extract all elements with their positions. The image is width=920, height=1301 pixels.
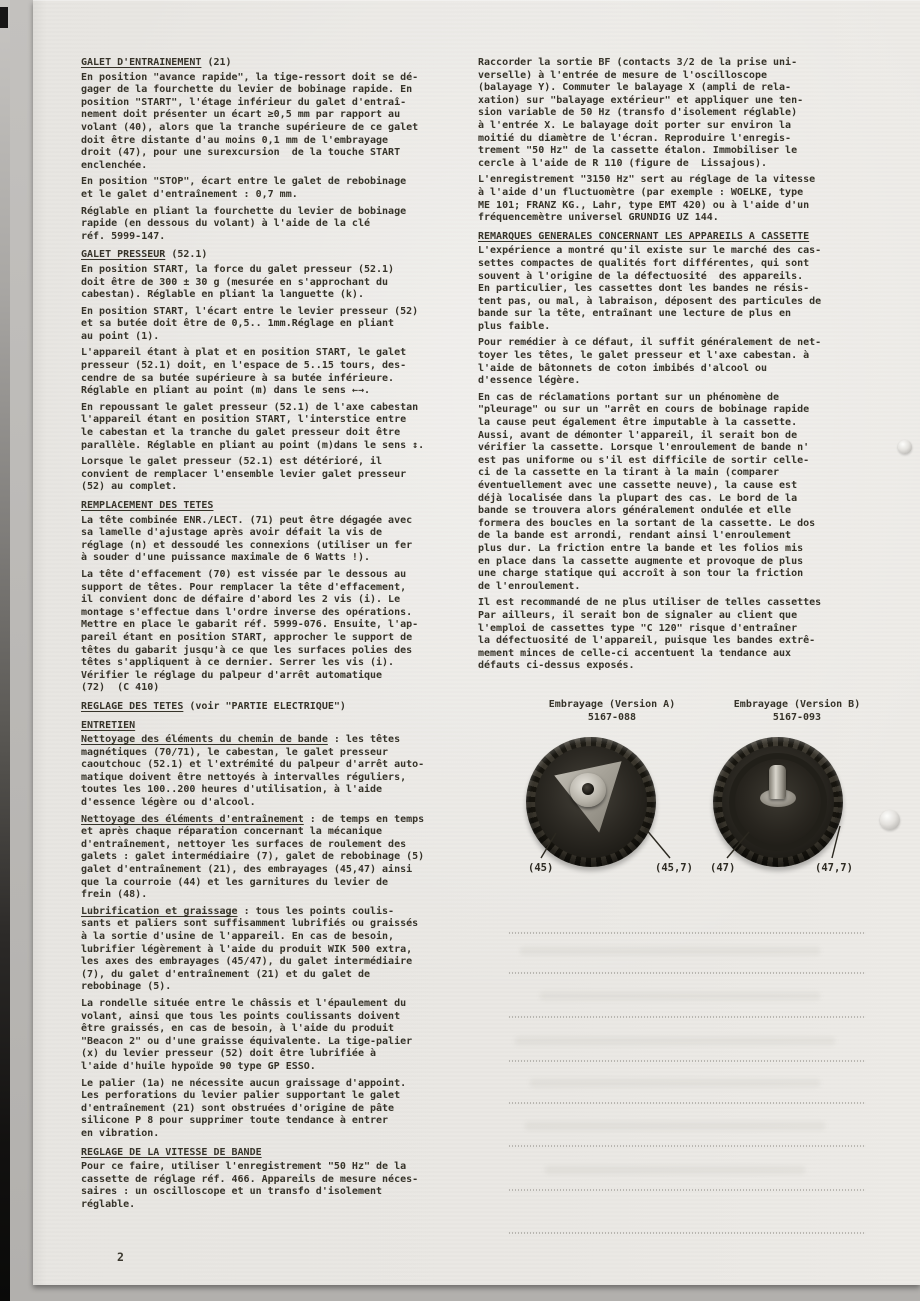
underlined-text: REGLAGE DE LA VITESSE DE BANDE [81,1147,262,1158]
underlined-text: Lubrification et graissage [81,906,238,917]
underlined-text: ENTRETIEN [81,720,135,731]
bleed-through-ghost [520,947,820,955]
underlined-text: REMARQUES GENERALES CONCERNANT LES APPAR… [478,231,809,242]
paragraph: La tête combinée ENR./LECT. (71) peut êt… [81,515,443,565]
dotted-rule [508,932,866,934]
bleed-through-ghost [525,1122,825,1130]
caption-ref: 5167-093 [773,712,821,723]
dotted-rule [508,1016,866,1018]
paragraph: La tête d'effacement (70) est vissée par… [81,569,443,695]
dotted-rule [508,1102,866,1104]
paragraph: Le palier (1a) ne nécessite aucun graiss… [81,1078,443,1141]
section-heading: REMPLACEMENT DES TETES [81,500,443,513]
dotted-rule [508,1145,866,1147]
right-column: Raccorder la sortie BF (contacts 3/2 de … [478,57,840,677]
underlined-text: REGLAGE DES TETES [81,701,183,712]
paragraph: Réglable en pliant la fourchette du levi… [81,206,443,244]
paragraph: Lubrification et graissage : tous les po… [81,906,443,994]
paragraph: Nettoyage des éléments d'entraînement : … [81,814,443,902]
paragraph: Lorsque le galet presseur (52.1) est dét… [81,456,443,494]
paragraph: En position "STOP", écart entre le galet… [81,176,443,201]
paragraph: L'expérience a montré qu'il existe sur l… [478,245,840,333]
dotted-rule [508,972,866,974]
section-heading: REMARQUES GENERALES CONCERNANT LES APPAR… [478,231,840,244]
paragraph: La rondelle située entre le châssis et l… [81,998,443,1074]
section-heading: GALET D'ENTRAINEMENT (21) [81,57,443,70]
paragraph: Pour ce faire, utiliser l'enregistrement… [81,1161,443,1211]
bleed-through-ghost [545,1166,805,1174]
bleed-through-ghost [540,992,820,1000]
scan-edge-strip [0,0,10,1301]
section-heading: GALET PRESSEUR (52.1) [81,249,443,262]
scan-shine-spot [898,440,912,454]
dotted-rule [508,1189,866,1191]
paragraph: En repoussant le galet presseur (52.1) d… [81,402,443,452]
underlined-text: GALET PRESSEUR [81,249,165,260]
caption-title: Embrayage (Version B) [734,699,860,710]
scan-corner-mark [0,7,8,28]
page-number: 2 [117,1250,124,1264]
underlined-text: REMPLACEMENT DES TETES [81,500,213,511]
scanned-service-manual: { "page": { "number": "2", "columns": { … [0,0,920,1301]
figure-leader-lines [500,725,880,870]
dotted-rule [508,1060,866,1062]
section-heading: REGLAGE DES TETES (voir "PARTIE ELECTRIQ… [81,701,443,714]
section-heading: REGLAGE DE LA VITESSE DE BANDE [81,1147,443,1160]
underlined-text: Nettoyage des éléments du chemin de band… [81,734,328,745]
figure-caption-version-b: Embrayage (Version B) 5167-093 [697,698,897,724]
paragraph: Raccorder la sortie BF (contacts 3/2 de … [478,57,840,170]
section-heading: ENTRETIEN [81,720,443,733]
paragraph: Il est recommandé de ne plus utiliser de… [478,597,840,673]
paragraph: En cas de réclamations portant sur un ph… [478,392,840,594]
scan-shine-spot [880,810,900,830]
underlined-text: Nettoyage des éléments d'entraînement [81,814,304,825]
underlined-text: GALET D'ENTRAINEMENT [81,57,201,68]
bleed-through-ghost [530,1079,820,1087]
paragraph: En position START, l'écart entre le levi… [81,306,443,344]
paragraph: L'enregistrement "3150 Hz" sert au régla… [478,174,840,224]
left-column: GALET D'ENTRAINEMENT (21)En position "av… [81,57,443,1215]
figure-caption-version-a: Embrayage (Version A) 5167-088 [512,698,712,724]
paragraph: Pour remédier à ce défaut, il suffit gén… [478,337,840,387]
paragraph: En position START, la force du galet pre… [81,264,443,302]
paragraph: En position "avance rapide", la tige-res… [81,72,443,173]
paragraph: L'appareil étant à plat et en position S… [81,347,443,397]
caption-title: Embrayage (Version A) [549,699,675,710]
paragraph: Nettoyage des éléments du chemin de band… [81,734,443,810]
dotted-rule [508,1232,866,1234]
bleed-through-ghost [515,1037,835,1045]
caption-ref: 5167-088 [588,712,636,723]
